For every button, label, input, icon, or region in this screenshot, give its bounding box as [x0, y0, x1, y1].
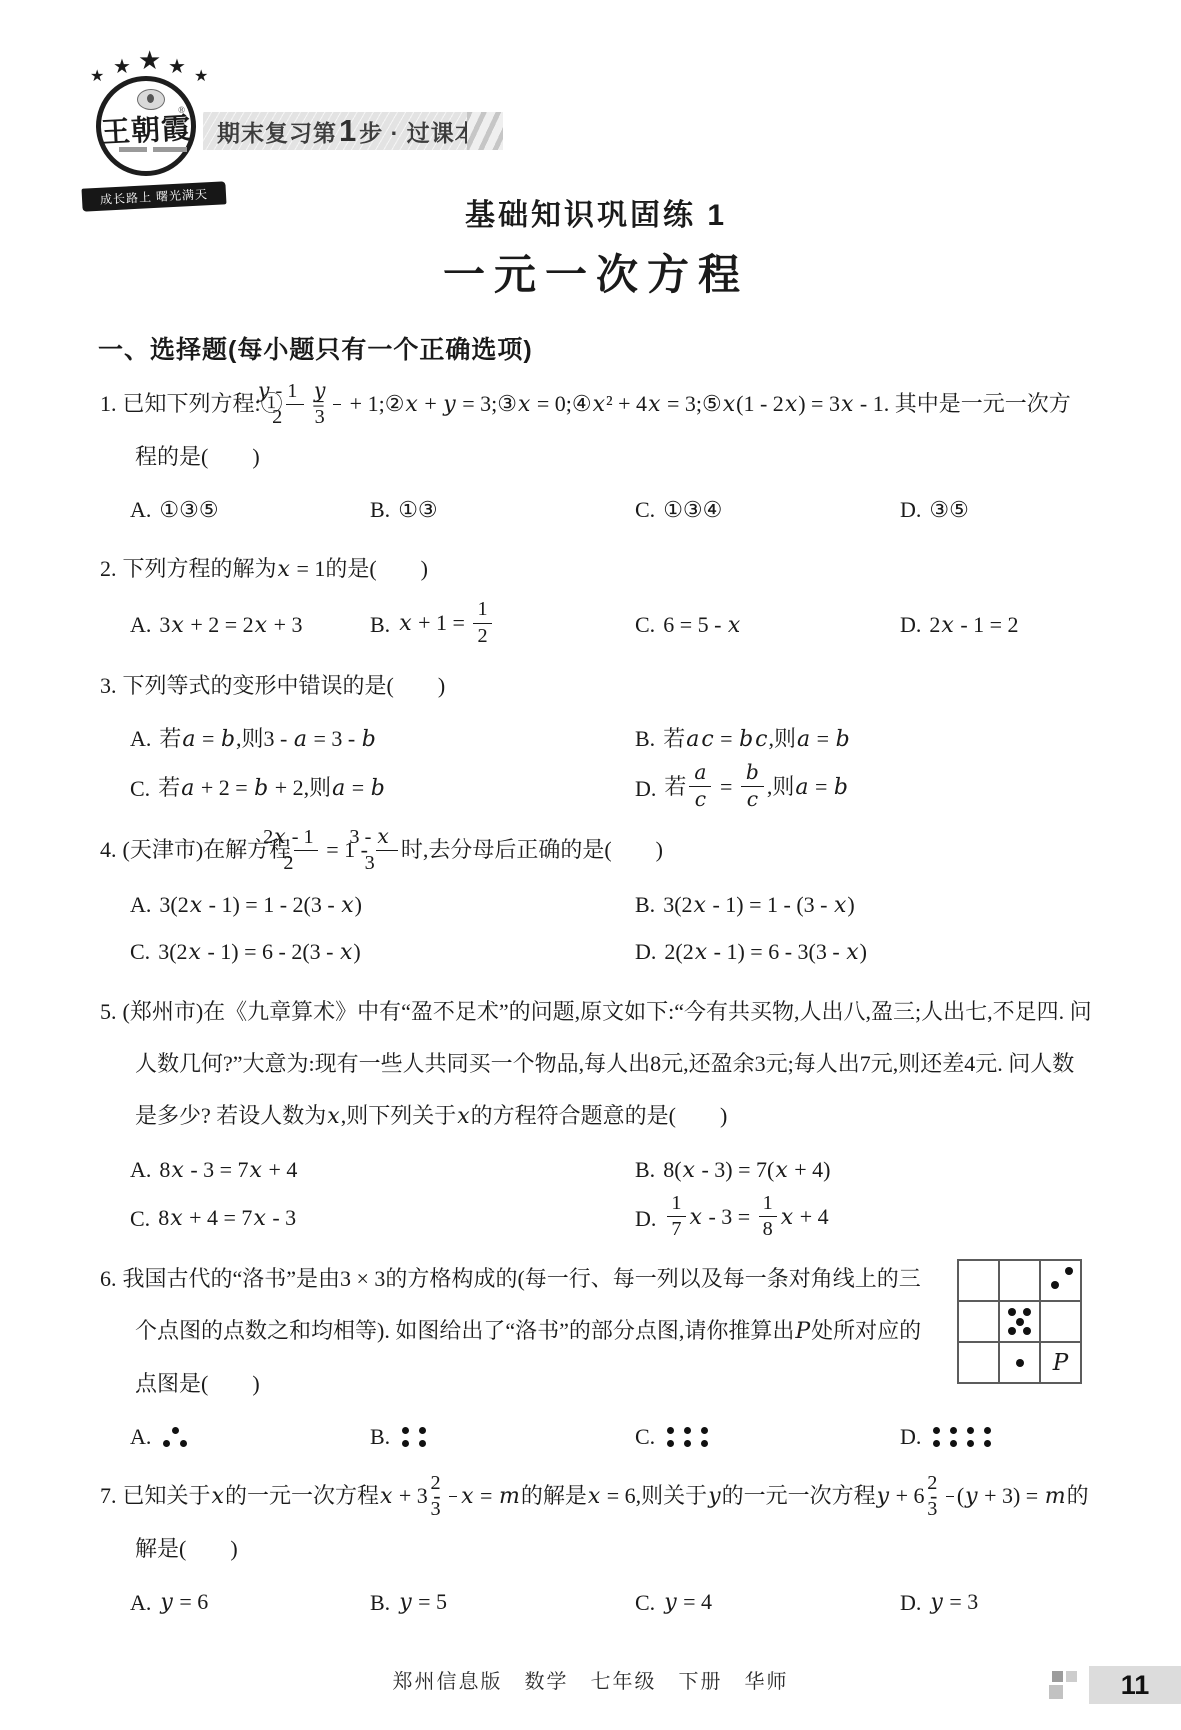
question-2: 2.下列方程的解为x = 1的是( ) A.3x + 2 = 2x + 3 B.…: [100, 543, 1092, 650]
question-body: 我国古代的“洛书”是由3 × 3的方格构成的(每一行、每一列以及每一条对角线上的…: [123, 1266, 922, 1396]
page-title: 基础知识巩固练 1: [100, 190, 1092, 234]
star-icon: ★: [90, 66, 104, 85]
footer-square-decoration: [1066, 1671, 1077, 1682]
option-b: B.8(x - 3) = 7(x + 4): [635, 1147, 1092, 1194]
question-body: 已知关于x的一元一次方程x + 3 - 23x = m的解是x = 6,则关于y…: [123, 1483, 1089, 1561]
option-d: D.2(2x - 1) = 6 - 3(3 - x): [635, 929, 1092, 976]
option-d: D.y = 3: [900, 1579, 1092, 1626]
luoshu-grid: P: [957, 1259, 1082, 1384]
section-heading: 一、选择题(每小题只有一个正确选项): [98, 330, 1092, 366]
option-a: A.若a = b,则3 - a = 3 - b: [130, 716, 635, 763]
banner-step-number: 1: [339, 113, 357, 149]
logo-fine-print: [153, 147, 187, 152]
option-a: A.y = 6: [130, 1579, 370, 1626]
star-icon: ★: [168, 54, 186, 78]
footer-imprint: 郑州信息版 数学 七年级 下册 华师: [0, 1665, 1181, 1694]
options-row: A.y = 6 B.y = 5 C.y = 4 D.y = 3: [130, 1579, 1092, 1626]
question-number: 1.: [100, 391, 117, 416]
question-number: 5.: [100, 999, 117, 1024]
star-icon: ★: [113, 54, 131, 78]
question-text: 5.(郑州市)在《九章算术》中有“盈不足术”的问题,原文如下:“今有共买物,人出…: [100, 986, 1092, 1143]
option-b: B.x + 1 = 12: [370, 600, 635, 650]
option-c: C.6 = 5 - x: [635, 600, 900, 650]
options-row: A.8x - 3 = 7x + 4 B.8(x - 3) = 7(x + 4) …: [130, 1147, 1092, 1244]
option-c: C.: [635, 1414, 900, 1460]
question-number: 7.: [100, 1483, 117, 1508]
option-c: C.8x + 4 = 7x - 3: [130, 1194, 635, 1244]
banner-text: 期末复习第 1 步 · 过课本: [217, 113, 479, 149]
option-b: B.①③: [370, 487, 635, 533]
banner-suffix: 步 · 过课本: [359, 115, 478, 148]
option-a: A.: [130, 1414, 370, 1460]
question-body: 下列方程的解为x = 1的是( ): [123, 556, 429, 581]
option-a: A.①③⑤: [130, 487, 370, 533]
option-a: A.3(2x - 1) = 1 - 2(3 - x): [130, 882, 635, 929]
question-number: 6.: [100, 1266, 117, 1291]
options-row: A.若a = b,则3 - a = 3 - b B.若ac = bc,则a = …: [130, 716, 1092, 815]
options-row: A.3x + 2 = 2x + 3 B.x + 1 = 12 C.6 = 5 -…: [130, 600, 1092, 650]
dot-pattern: [933, 1427, 991, 1447]
star-icon: ★: [194, 66, 208, 85]
question-4: 4.(天津市)在解方程2x - 12 = 1 - 3 - x3时,去分母后正确的…: [100, 824, 1092, 975]
worksheet-page: { "header": { "logo": { "name": "王朝霞", "…: [0, 0, 1181, 1730]
question-6: P 6.我国古代的“洛书”是由3 × 3的方格构成的(每一行、每一列以及每一条对…: [100, 1253, 1092, 1460]
footer-square-decoration: [1052, 1671, 1063, 1682]
question-text: 4.(天津市)在解方程2x - 12 = 1 - 3 - x3时,去分母后正确的…: [100, 824, 1092, 877]
option-b: B.若ac = bc,则a = b: [635, 716, 1092, 763]
options-row: A.3(2x - 1) = 1 - 2(3 - x) B.3(2x - 1) =…: [130, 882, 1092, 976]
footer-square-decoration: [1049, 1685, 1063, 1699]
option-b: B.y = 5: [370, 1579, 635, 1626]
main-content: 基础知识巩固练 1 一元一次方程 一、选择题(每小题只有一个正确选项) 1.已知…: [100, 190, 1092, 1636]
question-3: 3.下列等式的变形中错误的是( ) A.若a = b,则3 - a = 3 - …: [100, 660, 1092, 815]
question-number: 2.: [100, 556, 117, 581]
dot-pattern: [163, 1427, 187, 1447]
registered-mark: ®: [178, 105, 185, 115]
option-b: B.3(2x - 1) = 1 - (3 - x): [635, 882, 1092, 929]
options-row: A.①③⑤ B.①③ C.①③④ D.③⑤: [130, 487, 1092, 533]
option-a: A.3x + 2 = 2x + 3: [130, 600, 370, 650]
option-c: C.y = 4: [635, 1579, 900, 1626]
banner-prefix: 期末复习第: [217, 115, 337, 148]
question-number: 4.: [100, 837, 117, 862]
question-7: 7.已知关于x的一元一次方程x + 3 - 23x = m的解是x = 6,则关…: [100, 1470, 1092, 1626]
question-body: 已知下列方程:①y - 12 = y3 + 1;②x + y = 3;③x = …: [123, 391, 1071, 469]
banner-stripes-decoration: [467, 112, 503, 150]
header-banner: 期末复习第 1 步 · 过课本: [203, 112, 497, 150]
question-text: 6.我国古代的“洛书”是由3 × 3的方格构成的(每一行、每一列以及每一条对角线…: [100, 1253, 1092, 1410]
option-d: D.2x - 1 = 2: [900, 600, 1092, 650]
question-1: 1.已知下列方程:①y - 12 = y3 + 1;②x + y = 3;③x …: [100, 378, 1092, 533]
option-a: A.8x - 3 = 7x + 4: [130, 1147, 635, 1194]
option-d: D.17x - 3 = 18x + 4: [635, 1194, 1092, 1244]
option-d: D.若ac = bc,则a = b: [635, 763, 1092, 815]
option-c: C.3(2x - 1) = 6 - 2(3 - x): [130, 929, 635, 976]
question-number: 3.: [100, 673, 117, 698]
option-d: D.: [900, 1414, 1092, 1460]
option-d: D.③⑤: [900, 487, 1092, 533]
option-c: C.若a + 2 = b + 2,则a = b: [130, 763, 635, 815]
question-body: 下列等式的变形中错误的是( ): [123, 673, 446, 698]
star-icon: ★: [138, 46, 161, 76]
option-b: B.: [370, 1414, 635, 1460]
question-body: (天津市)在解方程2x - 12 = 1 - 3 - x3时,去分母后正确的是(…: [123, 837, 664, 862]
option-c: C.①③④: [635, 487, 900, 533]
page-subtitle: 一元一次方程: [100, 242, 1092, 302]
dot-pattern: [667, 1427, 708, 1447]
logo-fine-print: [119, 147, 147, 152]
dot-pattern: [402, 1427, 426, 1447]
options-row: A. B. C. D.: [130, 1414, 1092, 1460]
page-number: 11: [1089, 1666, 1181, 1704]
question-text: 2.下列方程的解为x = 1的是( ): [100, 543, 1092, 596]
question-body: (郑州市)在《九章算术》中有“盈不足术”的问题,原文如下:“今有共买物,人出八,…: [123, 999, 1092, 1128]
question-5: 5.(郑州市)在《九章算术》中有“盈不足术”的问题,原文如下:“今有共买物,人出…: [100, 986, 1092, 1244]
question-text: 1.已知下列方程:①y - 12 = y3 + 1;②x + y = 3;③x …: [100, 378, 1092, 483]
logo-circle: 王朝霞 ®: [96, 76, 196, 176]
question-text: 3.下列等式的变形中错误的是( ): [100, 660, 1092, 712]
question-text: 7.已知关于x的一元一次方程x + 3 - 23x = m的解是x = 6,则关…: [100, 1470, 1092, 1575]
